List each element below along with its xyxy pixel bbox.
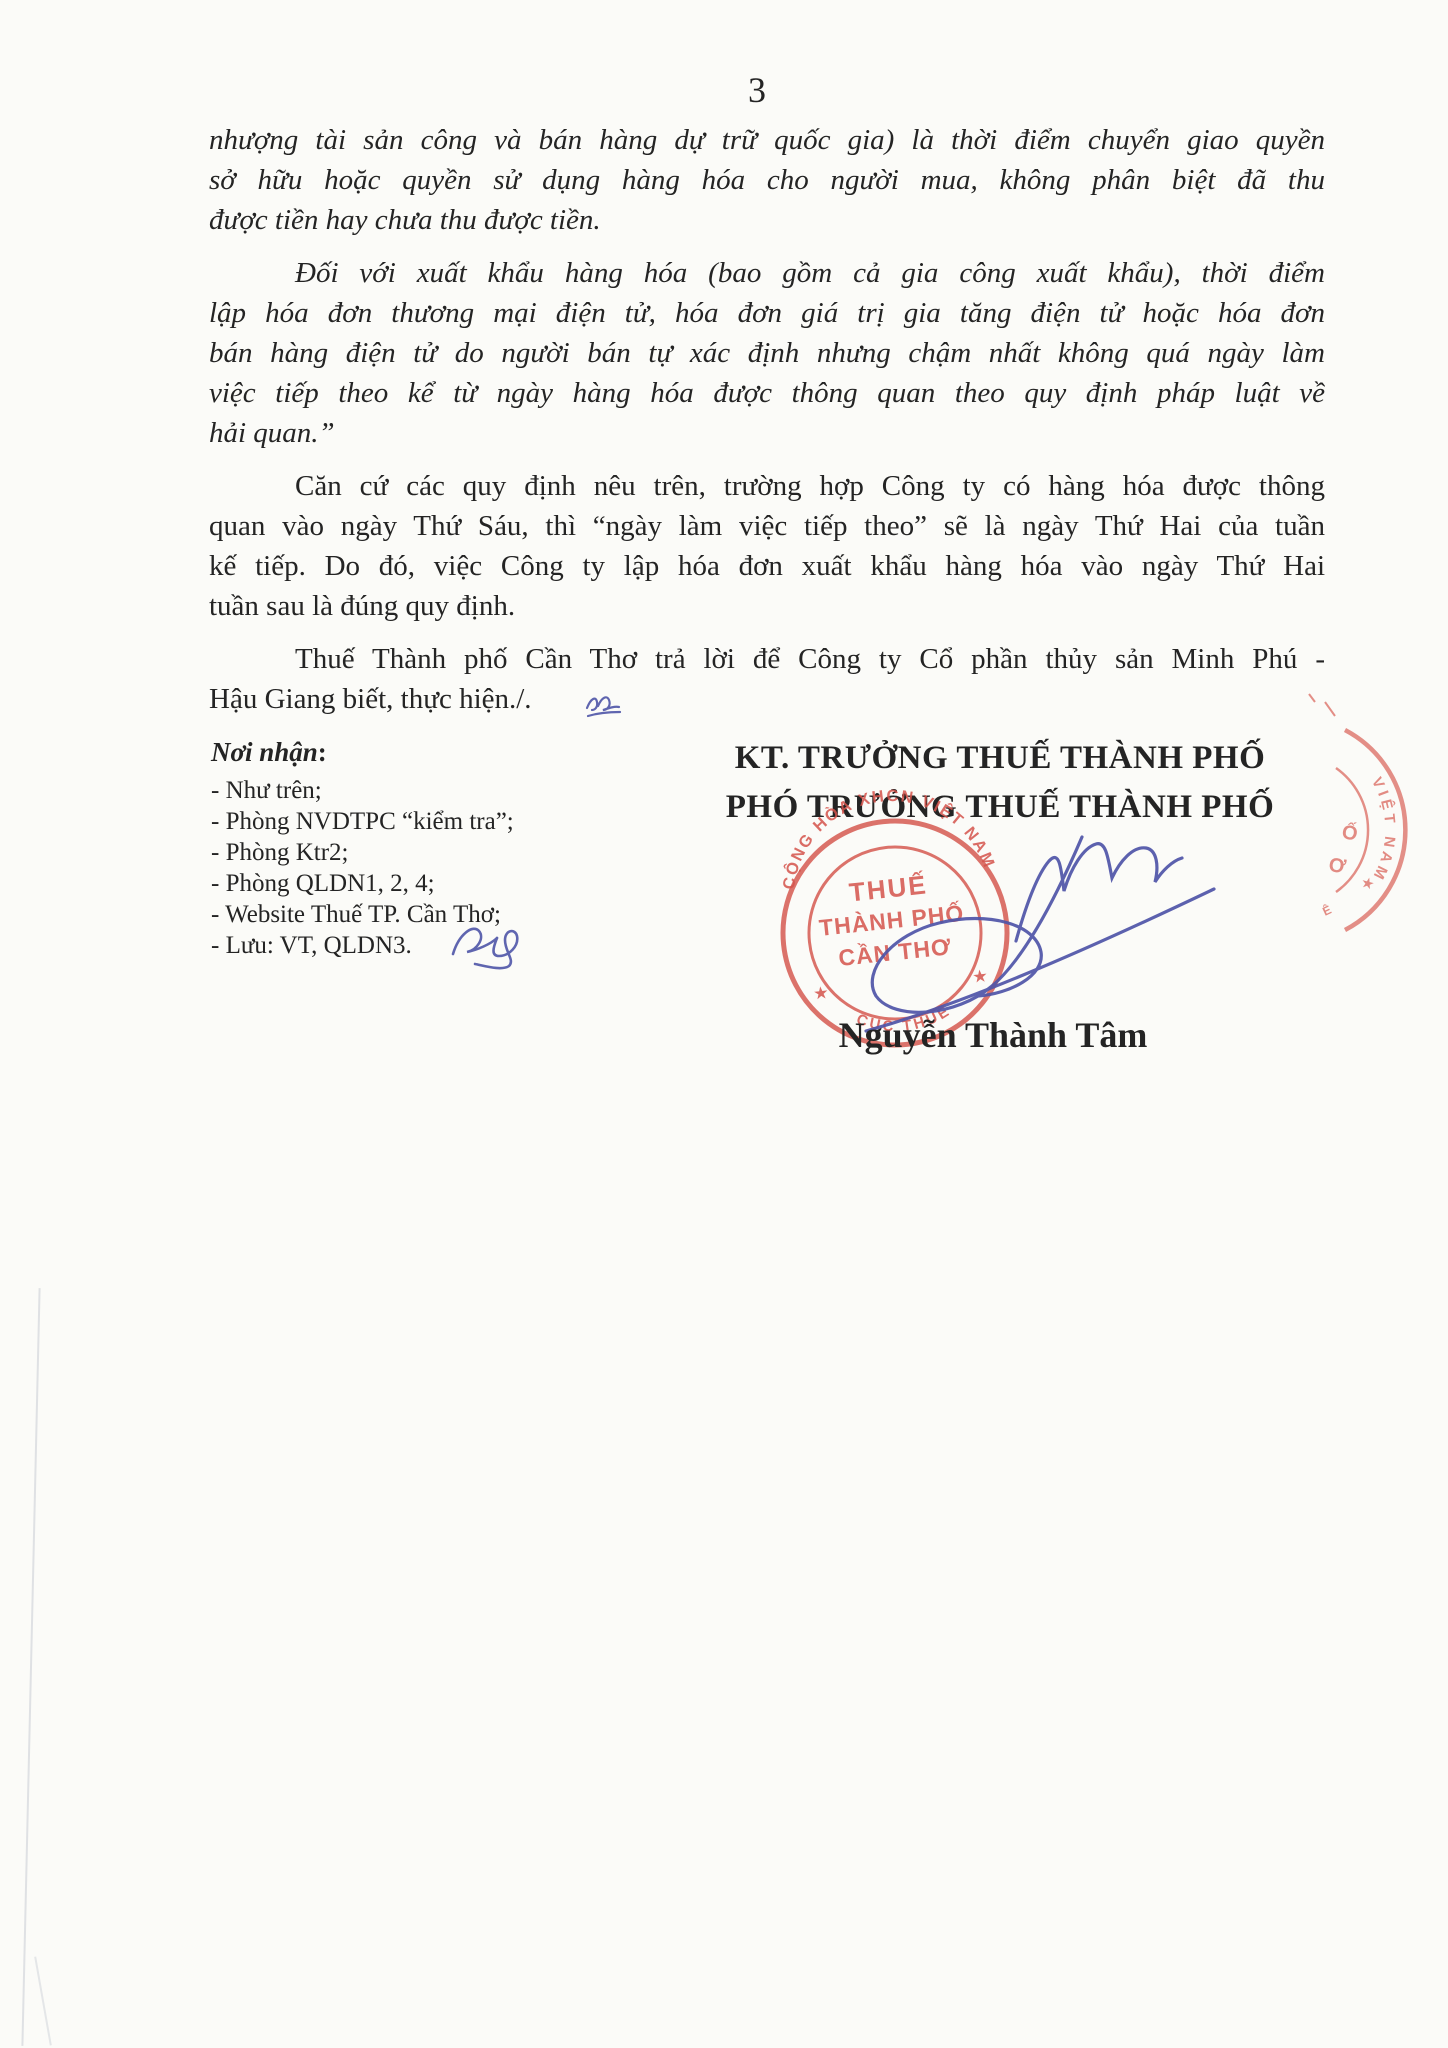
text-line: Thuế Thành phố Cần Thơ trả lời để Công t…: [209, 639, 1325, 679]
text-line-content: nhượng tài sản công và bán hàng dự trữ q…: [209, 124, 1325, 156]
edge-stamp-letter-o1: Ố: [1340, 819, 1359, 845]
letter-body: nhượng tài sản công và bán hàng dự trữ q…: [209, 120, 1325, 719]
recipients-title-text: Nơi nhận: [211, 737, 318, 767]
text-line: nhượng tài sản công và bán hàng dự trữ q…: [209, 120, 1325, 160]
text-line-content: lập hóa đơn thương mại điện tử, hóa đơn …: [209, 297, 1325, 329]
text-line-content: Hậu Giang biết, thực hiện./.: [209, 683, 532, 715]
scan-artifact-line: [21, 1288, 40, 2046]
edge-stamp-letter-e: Ê: [1320, 902, 1334, 919]
edge-stamp-letter-o2: Ơ: [1327, 854, 1348, 878]
recipients-title: Nơi nhận:: [211, 735, 514, 769]
text-line-content: Đối với xuất khẩu hàng hóa (bao gồm cả g…: [295, 257, 1325, 289]
text-line-content: quan vào ngày Thứ Sáu, thì “ngày làm việ…: [209, 510, 1325, 542]
text-line: bán hàng điện tử do người bán tự xác địn…: [209, 333, 1325, 373]
text-line-content: tuần sau là đúng quy định.: [209, 590, 515, 622]
scan-artifact-line: [34, 1957, 52, 2046]
recipient-item: - Phòng QLDN1, 2, 4;: [211, 868, 514, 899]
signer-name: Nguyễn Thành Tâm: [839, 1014, 1148, 1056]
text-line: việc tiếp theo kể từ ngày hàng hóa được …: [209, 373, 1325, 413]
text-line: hải quan.”: [209, 413, 1325, 453]
recipient-item: - Phòng NVDTPC “kiểm tra”;: [211, 806, 514, 837]
text-line-content: việc tiếp theo kể từ ngày hàng hóa được …: [209, 377, 1325, 409]
edge-stamp-star-icon: ★: [1360, 874, 1375, 892]
scanned-letter-page: 3 nhượng tài sản công và bán hàng dự trữ…: [0, 0, 1448, 2048]
approval-flourish-mark: [583, 690, 625, 722]
edge-partial-stamp: VIỆT NAM Ố Ơ ★ Ê: [1295, 690, 1448, 980]
paragraph: nhượng tài sản công và bán hàng dự trữ q…: [209, 120, 1325, 240]
archival-initials-mark: [447, 916, 532, 974]
svg-text:VIỆT NAM: VIỆT NAM: [1368, 775, 1398, 886]
text-line-content: bán hàng điện tử do người bán tự xác địn…: [209, 337, 1325, 369]
page-number: 3: [748, 70, 766, 110]
text-line: Căn cứ các quy định nêu trên, trường hợp…: [209, 466, 1325, 506]
text-line: kế tiếp. Do đó, việc Công ty lập hóa đơn…: [209, 546, 1325, 586]
text-line: sở hữu hoặc quyền sử dụng hàng hóa cho n…: [209, 160, 1325, 200]
text-line-content: được tiền hay chưa thu được tiền.: [209, 204, 601, 236]
signer-position-line1: KT. TRƯỞNG THUẾ THÀNH PHỐ: [735, 740, 1266, 777]
text-line-content: Căn cứ các quy định nêu trên, trường hợp…: [295, 470, 1325, 502]
text-line: quan vào ngày Thứ Sáu, thì “ngày làm việ…: [209, 506, 1325, 546]
text-line: được tiền hay chưa thu được tiền.: [209, 200, 1325, 240]
text-line: Đối với xuất khẩu hàng hóa (bao gồm cả g…: [209, 253, 1325, 293]
recipient-item: - Phòng Ktr2;: [211, 837, 514, 868]
text-line: tuần sau là đúng quy định.: [209, 586, 1325, 626]
text-line-content: sở hữu hoặc quyền sử dụng hàng hóa cho n…: [209, 164, 1325, 196]
text-line-content: Thuế Thành phố Cần Thơ trả lời để Công t…: [295, 643, 1325, 675]
paragraph: Căn cứ các quy định nêu trên, trường hợp…: [209, 466, 1325, 626]
text-line: Hậu Giang biết, thực hiện./.: [209, 679, 1325, 719]
recipients-title-colon: :: [318, 737, 327, 767]
paragraph: Đối với xuất khẩu hàng hóa (bao gồm cả g…: [209, 253, 1325, 453]
text-line-content: kế tiếp. Do đó, việc Công ty lập hóa đơn…: [209, 550, 1325, 582]
edge-stamp-ring-text: VIỆT NAM: [1368, 775, 1398, 886]
text-line-content: hải quan.”: [209, 417, 335, 449]
recipient-item: - Như trên;: [211, 775, 514, 806]
text-line: lập hóa đơn thương mại điện tử, hóa đơn …: [209, 293, 1325, 333]
paragraph: Thuế Thành phố Cần Thơ trả lời để Công t…: [209, 639, 1325, 719]
